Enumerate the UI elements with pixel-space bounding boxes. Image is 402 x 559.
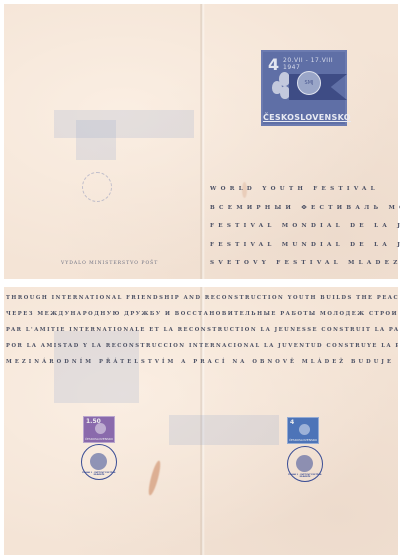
motto-line-english: THROUGH INTERNATIONAL FRIENDSHIP AND REC… bbox=[6, 290, 398, 306]
stamp-denomination: 4 bbox=[290, 419, 294, 426]
stamp-country: ČESKOSLOVENSKO bbox=[288, 438, 318, 442]
postmark-text: PRAHA 1 · SVĚTOVÝ FESTIVAL MLÁDEŽE bbox=[288, 474, 322, 478]
ghost-offset-block bbox=[54, 110, 194, 138]
postmark-globe-icon bbox=[296, 455, 313, 472]
title-line-czech: SVĚTOVÝ FESTIVAL MLÁDEŽE bbox=[210, 260, 400, 279]
motto-line-spanish: POR LA AMISTAD Y LA RECONSTRUCCION INTER… bbox=[6, 338, 398, 354]
postmark-left: PRAHA 1 · SVĚTOVÝ FESTIVAL MLÁDEŽE bbox=[81, 444, 117, 480]
stamp-blue: 4 ČESKOSLOVENSKO bbox=[287, 417, 319, 444]
main-stamp: 4 20.VII - 17.VIII 1947 SMJ ČESKOSLOVENS… bbox=[261, 50, 347, 126]
postmark-text: PRAHA 1 · SVĚTOVÝ FESTIVAL MLÁDEŽE bbox=[82, 472, 116, 476]
stamp-violet: 1.50 ČESKOSLOVENSKO bbox=[83, 416, 115, 443]
top-sheet: 4 20.VII - 17.VIII 1947 SMJ ČESKOSLOVENS… bbox=[4, 4, 398, 279]
postmark-globe-icon bbox=[90, 453, 107, 470]
issuer-note: VYDALO MINISTERSTVO POŠT bbox=[61, 261, 158, 266]
motto-block: THROUGH INTERNATIONAL FRIENDSHIP AND REC… bbox=[6, 290, 398, 370]
motto-line-czech: MEZINÁRODNÍM PŘÁTELSTVÍM A PRACÍ NA OBNO… bbox=[6, 354, 398, 370]
youth-heads-icon bbox=[269, 72, 291, 102]
ghost-offset-square bbox=[76, 120, 116, 160]
title-line-russian: ВСЕМИРНЫЙ ФЕСТИВАЛЬ МОЛОДЕЖИ bbox=[210, 205, 400, 224]
festival-emblem-icon bbox=[95, 423, 106, 434]
motto-line-french: PAR L'AMITIE INTERNATIONALE ET LA RECONS… bbox=[6, 322, 398, 338]
stamp-dates: 20.VII - 17.VIII 1947 bbox=[283, 57, 345, 71]
festival-title-block: WORLD YOUTH FESTIVAL ВСЕМИРНЫЙ ФЕСТИВАЛЬ… bbox=[210, 186, 400, 279]
title-line-french: FESTIVAL MONDIAL DE LA JEUNESSE bbox=[210, 223, 400, 242]
festival-emblem-icon bbox=[299, 424, 310, 435]
motto-line-russian: ЧЕРЕЗ МЕЖДУНАРОДНУЮ ДРУЖБУ И ВОССТАНОВИТ… bbox=[6, 306, 398, 322]
stamp-country: ČESKOSLOVENSKO bbox=[84, 437, 114, 441]
postmark-right: PRAHA 1 · SVĚTOVÝ FESTIVAL MLÁDEŽE bbox=[287, 446, 323, 482]
stamp-country: ČESKOSLOVENSKO bbox=[263, 113, 345, 122]
title-line-spanish: FESTIVAL MUNDIAL DE LA JUVENTUD bbox=[210, 242, 400, 261]
festival-emblem-icon: SMJ bbox=[297, 71, 321, 95]
title-line-english: WORLD YOUTH FESTIVAL bbox=[210, 186, 400, 205]
faint-postmark-offset bbox=[82, 172, 112, 202]
ghost-offset-strip bbox=[169, 415, 279, 445]
